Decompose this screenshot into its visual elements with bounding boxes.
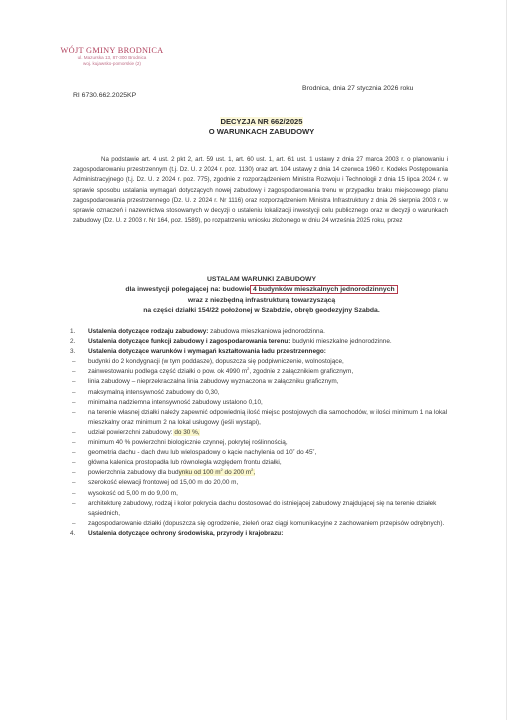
condition-text: maksymalną intensywność zabudowy do 0,30… bbox=[88, 389, 219, 396]
condition-item: –główna kalenica prostopadła lub równole… bbox=[70, 458, 460, 468]
dash-bullet: – bbox=[72, 428, 76, 438]
condition-item: –architekturę zabudowy, rodzaj i kolor p… bbox=[70, 499, 460, 519]
section-2: 2.Ustalenia dotyczące funkcji zabudowy i… bbox=[70, 337, 460, 347]
condition-text: linia zabudowy – nieprzekraczalna linia … bbox=[88, 378, 338, 385]
condition-text: budynki do 2 kondygnacji (w tym poddasze… bbox=[88, 358, 344, 365]
condition-item: –wysokość od 5,00 m do 9,00 m, bbox=[70, 489, 460, 499]
highlighted-part: do 200 m bbox=[223, 469, 251, 476]
section-number: 2. bbox=[70, 337, 75, 347]
dash-bullet: – bbox=[72, 357, 76, 367]
dash-bullet: – bbox=[72, 408, 76, 418]
decision-title: DECYZJA NR 662/2025 O WARUNKACH ZABUDOWY bbox=[0, 117, 523, 137]
page-edge bbox=[506, 0, 507, 720]
legal-basis-paragraph: Na podstawie art. 4 ust. 2 pkt 2, art. 5… bbox=[73, 155, 448, 226]
dash-bullet: – bbox=[72, 519, 76, 529]
section-label: Ustalenia dotyczące warunków i wymagań k… bbox=[88, 348, 326, 355]
condition-item: –powierzchnia zabudowy dla budynku od 10… bbox=[70, 468, 460, 478]
infrastructure-line: wraz z niezbędną infrastrukturą towarzys… bbox=[0, 296, 523, 306]
condition-text: zagospodarowanie działki (dopuszcza się … bbox=[88, 520, 444, 527]
section-number: 1. bbox=[70, 327, 75, 337]
highlighted-text: do 30 %, bbox=[173, 429, 200, 436]
condition-text: powierzchnia zabudowy dla bud bbox=[88, 469, 179, 476]
condition-text: minimalna nadziemna intensywność zabudow… bbox=[88, 399, 263, 406]
decision-subtitle: O WARUNKACH ZABUDOWY bbox=[0, 127, 523, 137]
plot-location-line: na części działki 154/22 położonej w Sza… bbox=[0, 306, 523, 316]
condition-text: udział powierzchni zabudowy: bbox=[88, 429, 173, 436]
condition-item: –zainwestowaniu podlega część działki o … bbox=[70, 367, 460, 377]
condition-text: minimum 40 % powierzchni biologicznie cz… bbox=[88, 439, 288, 446]
decision-number: DECYZJA NR 662/2025 bbox=[220, 117, 302, 126]
dash-bullet: – bbox=[72, 377, 76, 387]
dash-bullet: – bbox=[72, 489, 76, 499]
condition-item: –zagospodarowanie działki (dopuszcza się… bbox=[70, 519, 460, 529]
dash-bullet: – bbox=[72, 458, 76, 468]
condition-text: , zgodnie z załącznikiem graficznym, bbox=[249, 368, 353, 375]
condition-text: wysokość od 5,00 m do 9,00 m, bbox=[88, 490, 178, 497]
section-1: 1.Ustalenia dotyczące rodzaju zabudowy: … bbox=[70, 327, 460, 337]
section-label: Ustalenia dotyczące rodzaju zabudowy: bbox=[88, 328, 208, 335]
stamp-region: woj. kujawsko-pomorskie (2) bbox=[58, 61, 166, 67]
dash-bullet: – bbox=[72, 448, 76, 458]
dash-bullet: – bbox=[72, 499, 76, 509]
condition-item: –budynki do 2 kondygnacji (w tym poddasz… bbox=[70, 357, 460, 367]
condition-item: –minimalna nadziemna intensywność zabudo… bbox=[70, 398, 460, 408]
section-number: 4. bbox=[70, 529, 75, 539]
highlighted-text: ynku od 100 m2 do 200 m2, bbox=[179, 469, 256, 476]
investment-prefix: dla inwestycji polegającej na: budowie bbox=[125, 286, 250, 293]
section-label: Ustalenia dotyczące ochrony środowiska, … bbox=[88, 530, 283, 537]
highlighted-part: ynku od 100 m bbox=[179, 469, 221, 476]
condition-item: –geometria dachu - dach dwu lub wielospa… bbox=[70, 448, 460, 458]
section-label: Ustalenia dotyczące funkcji zabudowy i z… bbox=[88, 338, 290, 345]
dash-bullet: – bbox=[72, 468, 76, 478]
office-stamp: WÓJT GMINY BRODNICA ul. Mazurska 13, 87-… bbox=[58, 46, 166, 67]
condition-item: –minimum 40 % powierzchni biologicznie c… bbox=[70, 438, 460, 448]
reference-number: RI 6730.662.2025KP bbox=[73, 92, 136, 99]
condition-item: –maksymalną intensywność zabudowy do 0,3… bbox=[70, 388, 460, 398]
dash-bullet: – bbox=[72, 367, 76, 377]
section-number: 3. bbox=[70, 347, 75, 357]
section-text: zabudowa mieszkaniowa jednorodzinna. bbox=[208, 328, 325, 335]
investment-line: dla inwestycji polegającej na: budowie4 … bbox=[0, 285, 523, 295]
condition-text: architekturę zabudowy, rodzaj i kolor po… bbox=[88, 500, 436, 517]
dash-bullet: – bbox=[72, 398, 76, 408]
investment-boxed: 4 budynków mieszkalnych jednorodzinnych bbox=[250, 285, 398, 294]
place-date: Brodnica, dnia 27 stycznia 2026 roku bbox=[302, 85, 413, 92]
legal-basis-text: Na podstawie art. 4 ust. 2 pkt 2, art. 5… bbox=[73, 156, 448, 224]
decision-heading: USTALAM WARUNKI ZABUDOWY bbox=[0, 275, 523, 285]
condition-item: –udział powierzchni zabudowy: do 30 %, bbox=[70, 428, 460, 438]
condition-item: –linia zabudowy – nieprzekraczalna linia… bbox=[70, 377, 460, 387]
condition-text: na terenie własnej działki należy zapewn… bbox=[88, 409, 447, 426]
condition-item: –na terenie własnej działki należy zapew… bbox=[70, 408, 460, 428]
stamp-title: WÓJT GMINY BRODNICA bbox=[58, 46, 166, 55]
dash-bullet: – bbox=[72, 388, 76, 398]
section-4: 4.Ustalenia dotyczące ochrony środowiska… bbox=[70, 529, 460, 539]
decision-statement: USTALAM WARUNKI ZABUDOWY dla inwestycji … bbox=[0, 275, 523, 316]
dash-bullet: – bbox=[72, 478, 76, 488]
condition-text: główna kalenica prostopadła lub równoleg… bbox=[88, 459, 282, 466]
condition-item: –szerokość elewacji frontowej od 15,00 m… bbox=[70, 478, 460, 488]
section-3: 3.Ustalenia dotyczące warunków i wymagań… bbox=[70, 347, 460, 357]
conditions-list: 1.Ustalenia dotyczące rodzaju zabudowy: … bbox=[70, 327, 460, 539]
dash-bullet: – bbox=[72, 438, 76, 448]
condition-text: zainwestowaniu podlega część działki o p… bbox=[88, 368, 247, 375]
condition-text: geometria dachu - dach dwu lub wielospad… bbox=[88, 449, 316, 456]
highlighted-part: , bbox=[253, 469, 255, 476]
section-text: budynki mieszkalne jednorodzinne. bbox=[290, 338, 391, 345]
condition-text: szerokość elewacji frontowej od 15,00 m … bbox=[88, 479, 238, 486]
